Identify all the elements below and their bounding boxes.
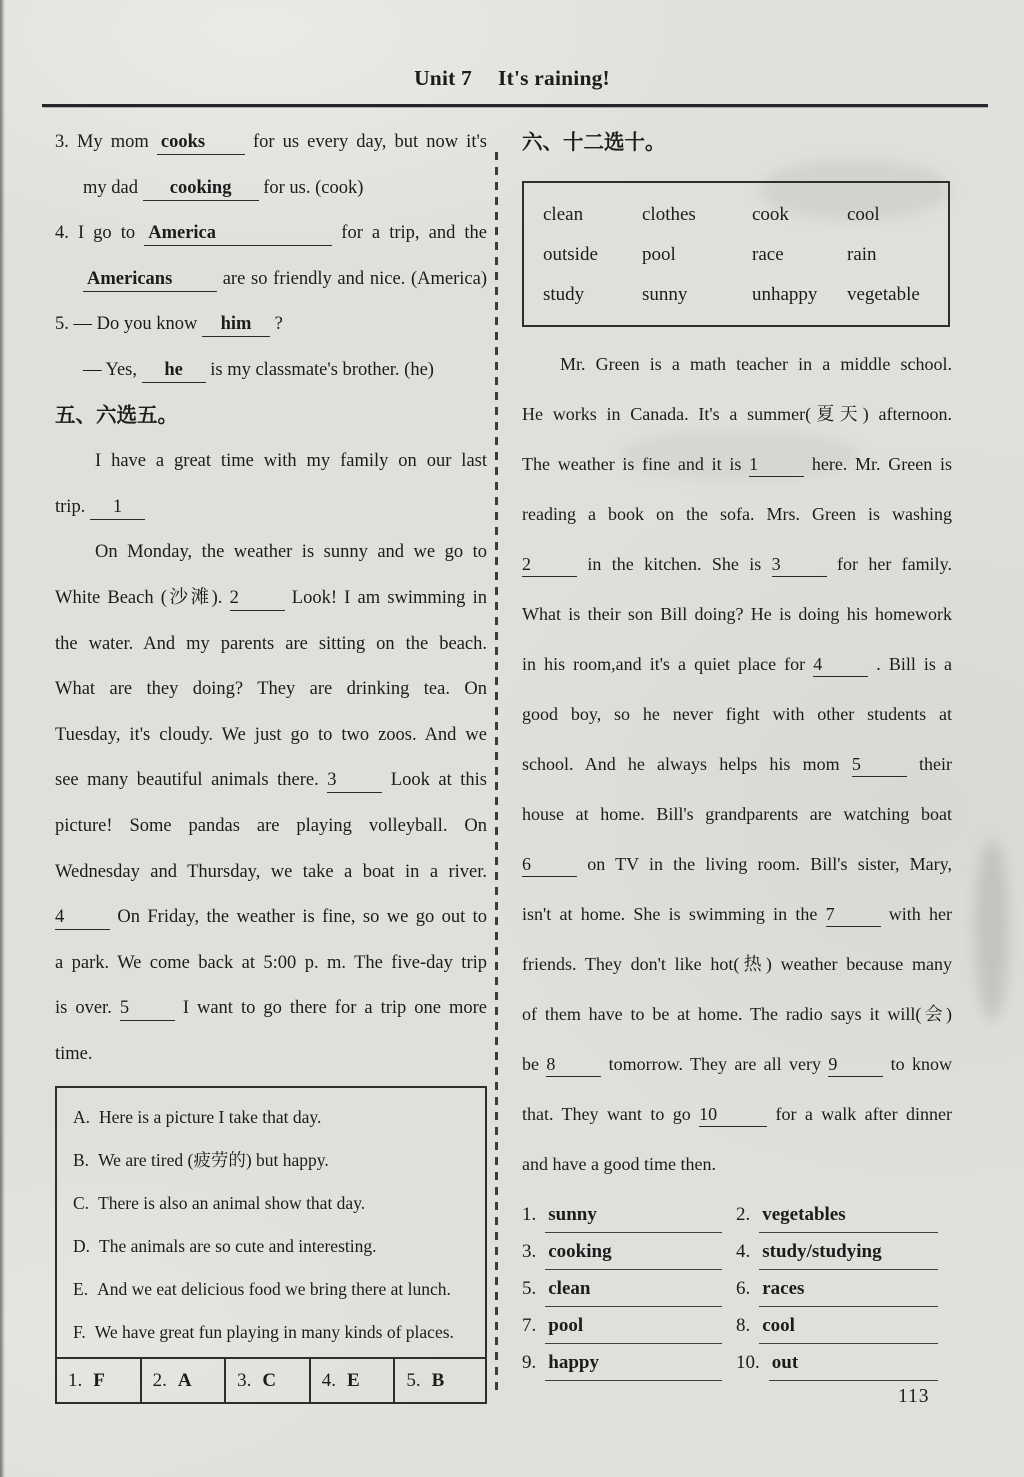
cloze-blank-9: 9 — [828, 1052, 883, 1077]
text-line: is over. 5 I want to go there for a trip… — [55, 986, 487, 1032]
answer-letter: E — [347, 1370, 360, 1391]
cloze-blank-5: 5 — [852, 752, 907, 777]
text-line: 4 On Friday, the weather is fine, so we … — [55, 895, 487, 941]
options-box: A.Here is a picture I take that day.B.We… — [55, 1086, 487, 1404]
option-label: C. — [73, 1193, 89, 1213]
page-header: Unit 7It's raining! — [0, 66, 1024, 91]
text-line: 4. I go to America for a trip, and the — [55, 211, 487, 257]
text-line: and have a good time then. — [522, 1139, 952, 1189]
answer-number: 4. — [736, 1235, 750, 1269]
cloze-blank-6: 6 — [522, 852, 577, 877]
answer-value: study/studying — [759, 1235, 938, 1270]
answer-value: cooking — [545, 1235, 722, 1270]
text-line: see many beautiful animals there. 3 Look… — [55, 758, 487, 804]
word-bank-row: outsidepoolracerain — [543, 235, 948, 275]
header-rule — [42, 104, 988, 107]
answer-cell: 1.F — [57, 1359, 142, 1402]
text-line: White Beach (沙滩). 2 Look! I am swimming … — [55, 576, 487, 622]
option-text: And we eat delicious food we bring there… — [97, 1279, 451, 1299]
answer-number: 3. — [237, 1370, 251, 1391]
word-bank-item: outside — [543, 235, 642, 275]
text-line: isn't at home. She is swimming in the 7 … — [522, 889, 952, 939]
text-line: house at home. Bill's grandparents are w… — [522, 789, 952, 839]
word-bank-box: cleanclothescookcooloutsidepoolracerains… — [522, 181, 950, 327]
text-line: school. And he always helps his mom 5 th… — [522, 739, 952, 789]
column-divider — [495, 152, 498, 1390]
answer-number: 6. — [736, 1272, 750, 1306]
answer-value: out — [769, 1346, 938, 1381]
answer-number: 3. — [522, 1235, 536, 1269]
word-bank-item: clean — [543, 195, 642, 235]
answer-item: 4.study/studying — [736, 1235, 952, 1272]
text-line: Tuesday, it's cloudy. We just go to two … — [55, 713, 487, 759]
answer-item: 7.pool — [522, 1309, 736, 1346]
cloze-blank-10: 10 — [699, 1102, 767, 1127]
section-heading: 六、十二选十。 — [522, 120, 952, 166]
text-line: I have a great time with my family on ou… — [55, 439, 487, 485]
workbook-page: Unit 7It's raining! 3. My mom cooks for … — [0, 0, 1024, 1477]
answer-value: sunny — [545, 1198, 722, 1233]
option-text: The animals are so cute and interesting. — [99, 1236, 376, 1256]
option-item: D.The animals are so cute and interestin… — [73, 1225, 479, 1268]
text-line: friends. They don't like hot(热) weather … — [522, 939, 952, 989]
option-label: E. — [73, 1279, 88, 1299]
cloze-blank-1: 1 — [90, 495, 145, 520]
cloze-blank-8: 8 — [546, 1052, 601, 1077]
options-list: A.Here is a picture I take that day.B.We… — [57, 1088, 485, 1357]
cloze-blank-7: 7 — [826, 902, 881, 927]
answer-number: 9. — [522, 1346, 536, 1380]
answer-value: pool — [545, 1309, 722, 1344]
option-label: B. — [73, 1150, 89, 1170]
cloze-passage: Mr. Green is a math teacher in a middle … — [522, 339, 952, 1189]
text-line: — Yes, he is my classmate's brother. (he… — [55, 348, 487, 394]
text-line: my dad cooking for us. (cook) — [55, 166, 487, 212]
unit-label: Unit 7 — [414, 66, 472, 90]
text-line: time. — [55, 1032, 487, 1078]
cloze-blank-2: 2 — [230, 586, 285, 611]
filled-answer: America — [144, 221, 332, 246]
scan-edge-shadow — [0, 0, 5, 1477]
word-bank-item: sunny — [642, 275, 752, 315]
option-label: D. — [73, 1236, 90, 1256]
answer-cell: 5.B — [395, 1359, 485, 1402]
answer-number: 5. — [522, 1272, 536, 1306]
cloze-blank-1: 1 — [749, 452, 804, 477]
text-line: 5. — Do you know him ? — [55, 302, 487, 348]
text-line: The weather is fine and it is 1 here. Mr… — [522, 439, 952, 489]
word-bank-item: cook — [752, 195, 847, 235]
answer-number: 1. — [522, 1198, 536, 1232]
word-bank-item: rain — [847, 235, 948, 275]
option-text: There is also an animal show that day. — [98, 1193, 365, 1213]
text-line: a park. We come back at 5:00 p. m. The f… — [55, 941, 487, 987]
answer-number: 1. — [68, 1370, 82, 1391]
answer-value: races — [759, 1272, 938, 1307]
answer-item: 1.sunny — [522, 1198, 736, 1235]
answers-list: 1.sunny2.vegetables3.cooking4.study/stud… — [522, 1198, 952, 1383]
option-text: We are tired (疲劳的) but happy. — [98, 1150, 329, 1170]
exercise-item-4: 4. I go to America for a trip, and theAm… — [55, 211, 487, 302]
exercise-item-5: 5. — Do you know him ?— Yes, he is my cl… — [55, 302, 487, 393]
option-label: F. — [73, 1322, 86, 1342]
cloze-blank-5: 5 — [120, 996, 175, 1021]
ink-bleed-artifact — [975, 840, 1009, 1020]
word-bank-row: cleanclothescookcool — [543, 195, 948, 235]
answer-number: 2. — [153, 1370, 167, 1391]
filled-answer: Americans — [83, 267, 217, 292]
answer-value: happy — [545, 1346, 722, 1381]
option-text: We have great fun playing in many kinds … — [95, 1322, 454, 1342]
text-line: that. They want to go 10 for a walk afte… — [522, 1089, 952, 1139]
word-bank-item: vegetable — [847, 275, 948, 315]
answer-item: 6.races — [736, 1272, 952, 1309]
answer-number: 7. — [522, 1309, 536, 1343]
options-answer-row: 1.F2.A3.C4.E5.B — [57, 1357, 485, 1402]
answer-number: 5. — [406, 1370, 420, 1391]
right-column: 六、十二选十。cleanclothescookcooloutsidepoolra… — [522, 120, 952, 1383]
word-bank-row: studysunnyunhappyvegetable — [543, 275, 948, 315]
option-label: A. — [73, 1107, 90, 1127]
text-line: What are they doing? They are drinking t… — [55, 667, 487, 713]
exercise-item-3: 3. My mom cooks for us every day, but no… — [55, 120, 487, 211]
answer-value: cool — [759, 1309, 938, 1344]
answer-cell: 4.E — [311, 1359, 396, 1402]
answer-number: 4. — [322, 1370, 336, 1391]
cloze-blank-2: 2 — [522, 552, 577, 577]
text-line: picture! Some pandas are playing volleyb… — [55, 804, 487, 850]
option-item: E.And we eat delicious food we bring the… — [73, 1268, 479, 1311]
answer-item: 9.happy — [522, 1346, 736, 1383]
left-column: 3. My mom cooks for us every day, but no… — [55, 120, 487, 1404]
cloze-blank-3: 3 — [772, 552, 827, 577]
reading-paragraph-1: I have a great time with my family on ou… — [55, 439, 487, 530]
text-line: trip. 1 — [55, 485, 487, 531]
section-heading: 五、六选五。 — [55, 394, 487, 440]
text-line: be 8 tomorrow. They are all very 9 to kn… — [522, 1039, 952, 1089]
filled-answer: him — [202, 312, 270, 337]
answer-letter: A — [178, 1370, 192, 1391]
word-bank-item: race — [752, 235, 847, 275]
answer-letter: B — [432, 1370, 445, 1391]
text-line: Mr. Green is a math teacher in a middle … — [522, 339, 952, 389]
cloze-blank-4: 4 — [813, 652, 868, 677]
text-line: 2 in the kitchen. She is 3 for her famil… — [522, 539, 952, 589]
unit-title: It's raining! — [498, 66, 610, 90]
text-line: He works in Canada. It's a summer(夏天) af… — [522, 389, 952, 439]
text-line: in his room,and it's a quiet place for 4… — [522, 639, 952, 689]
answer-item: 2.vegetables — [736, 1198, 952, 1235]
reading-paragraph-2: On Monday, the weather is sunny and we g… — [55, 530, 487, 1077]
answer-letter: C — [262, 1370, 276, 1391]
option-item: C.There is also an animal show that day. — [73, 1182, 479, 1225]
word-bank-item: unhappy — [752, 275, 847, 315]
answer-letter: F — [93, 1370, 105, 1391]
text-line: good boy, so he never fight with other s… — [522, 689, 952, 739]
answer-cell: 3.C — [226, 1359, 311, 1402]
answer-item: 10.out — [736, 1346, 952, 1383]
answer-number: 10. — [736, 1346, 760, 1380]
answer-value: clean — [545, 1272, 722, 1307]
text-line: 3. My mom cooks for us every day, but no… — [55, 120, 487, 166]
answer-item: 3.cooking — [522, 1235, 736, 1272]
answer-number: 8. — [736, 1309, 750, 1343]
filled-answer: cooking — [143, 176, 259, 201]
word-bank-item: study — [543, 275, 642, 315]
cloze-blank-4: 4 — [55, 905, 110, 930]
option-text: Here is a picture I take that day. — [99, 1107, 321, 1127]
word-bank-item: clothes — [642, 195, 752, 235]
answer-item: 8.cool — [736, 1309, 952, 1346]
answer-cell: 2.A — [142, 1359, 227, 1402]
text-line: of them have to be at home. The radio sa… — [522, 989, 952, 1039]
page-number: 113 — [898, 1386, 930, 1408]
word-bank-item: pool — [642, 235, 752, 275]
filled-answer: cooks — [157, 130, 245, 155]
text-line: On Monday, the weather is sunny and we g… — [55, 530, 487, 576]
text-line: What is their son Bill doing? He is doin… — [522, 589, 952, 639]
option-item: B.We are tired (疲劳的) but happy. — [73, 1139, 479, 1182]
answer-value: vegetables — [759, 1198, 938, 1233]
answer-number: 2. — [736, 1198, 750, 1232]
option-item: F.We have great fun playing in many kind… — [73, 1311, 479, 1354]
text-line: Americans are so friendly and nice. (Ame… — [55, 257, 487, 303]
cloze-blank-3: 3 — [327, 768, 382, 793]
text-line: 6 on TV in the living room. Bill's siste… — [522, 839, 952, 889]
word-bank-item: cool — [847, 195, 948, 235]
answer-item: 5.clean — [522, 1272, 736, 1309]
text-line: Wednesday and Thursday, we take a boat i… — [55, 850, 487, 896]
filled-answer: he — [142, 358, 206, 383]
text-line: reading a book on the sofa. Mrs. Green i… — [522, 489, 952, 539]
option-item: A.Here is a picture I take that day. — [73, 1096, 479, 1139]
text-line: the water. And my parents are sitting on… — [55, 622, 487, 668]
